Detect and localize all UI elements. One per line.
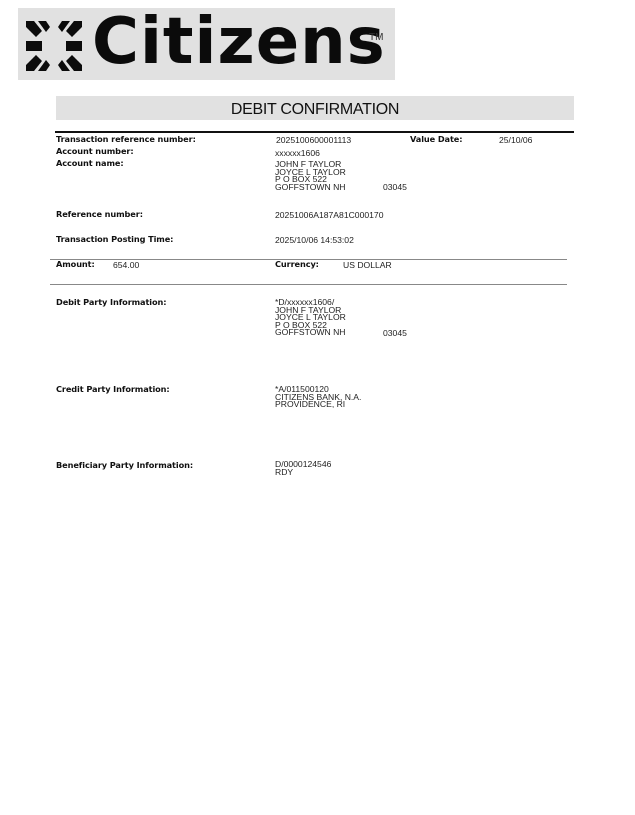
account-name-line: GOFFSTOWN NH	[275, 184, 346, 192]
amount-bottom-divider	[50, 284, 567, 285]
document-header: DEBIT CONFIRMATION	[56, 96, 574, 120]
account-name-zip: 03045	[383, 184, 407, 192]
value-date-label: Value Date:	[410, 134, 462, 144]
reference-number-label: Reference number:	[56, 209, 143, 219]
account-name-value: JOHN F TAYLOR JOYCE L TAYLOR P O BOX 522…	[275, 161, 346, 191]
debit-party-label: Debit Party Information:	[56, 297, 166, 307]
credit-party-label: Credit Party Information:	[56, 384, 170, 394]
posting-time-value: 2025/10/06 14:53:02	[275, 237, 354, 245]
credit-party-line: PROVIDENCE, RI	[275, 401, 361, 409]
debit-party-zip: 03045	[383, 330, 407, 338]
posting-time-label: Transaction Posting Time:	[56, 234, 173, 244]
account-number-label: Account number:	[56, 146, 134, 156]
account-name-label: Account name:	[56, 158, 124, 168]
citizens-logo: Citizens TM	[18, 8, 395, 80]
credit-party-value: *A/011500120 CITIZENS BANK, N.A. PROVIDE…	[275, 386, 361, 409]
beneficiary-party-label: Beneficiary Party Information:	[56, 460, 193, 470]
amount-label: Amount:	[56, 259, 95, 269]
reference-number-value: 20251006A187A81C000170	[275, 212, 383, 220]
value-date-value: 25/10/06	[499, 137, 532, 145]
beneficiary-party-line: RDY	[275, 469, 331, 477]
debit-party-value: *D/xxxxxx1606/ JOHN F TAYLOR JOYCE L TAY…	[275, 299, 346, 337]
beneficiary-party-value: D/0000124546 RDY	[275, 461, 331, 476]
brand-name: Citizens	[92, 2, 386, 82]
account-number-value: xxxxxx1606	[275, 150, 320, 158]
debit-party-line: GOFFSTOWN NH	[275, 329, 346, 337]
header-divider	[55, 131, 574, 133]
transaction-reference-value: 2025100600001113	[276, 137, 351, 145]
currency-label: Currency:	[275, 259, 319, 269]
document-title: DEBIT CONFIRMATION	[231, 101, 399, 118]
citizens-arrows-icon	[24, 19, 84, 73]
amount-value: 654.00	[113, 262, 139, 270]
trademark: TM	[369, 32, 383, 43]
transaction-reference-label: Transaction reference number:	[56, 134, 196, 144]
currency-value: US DOLLAR	[343, 262, 392, 270]
